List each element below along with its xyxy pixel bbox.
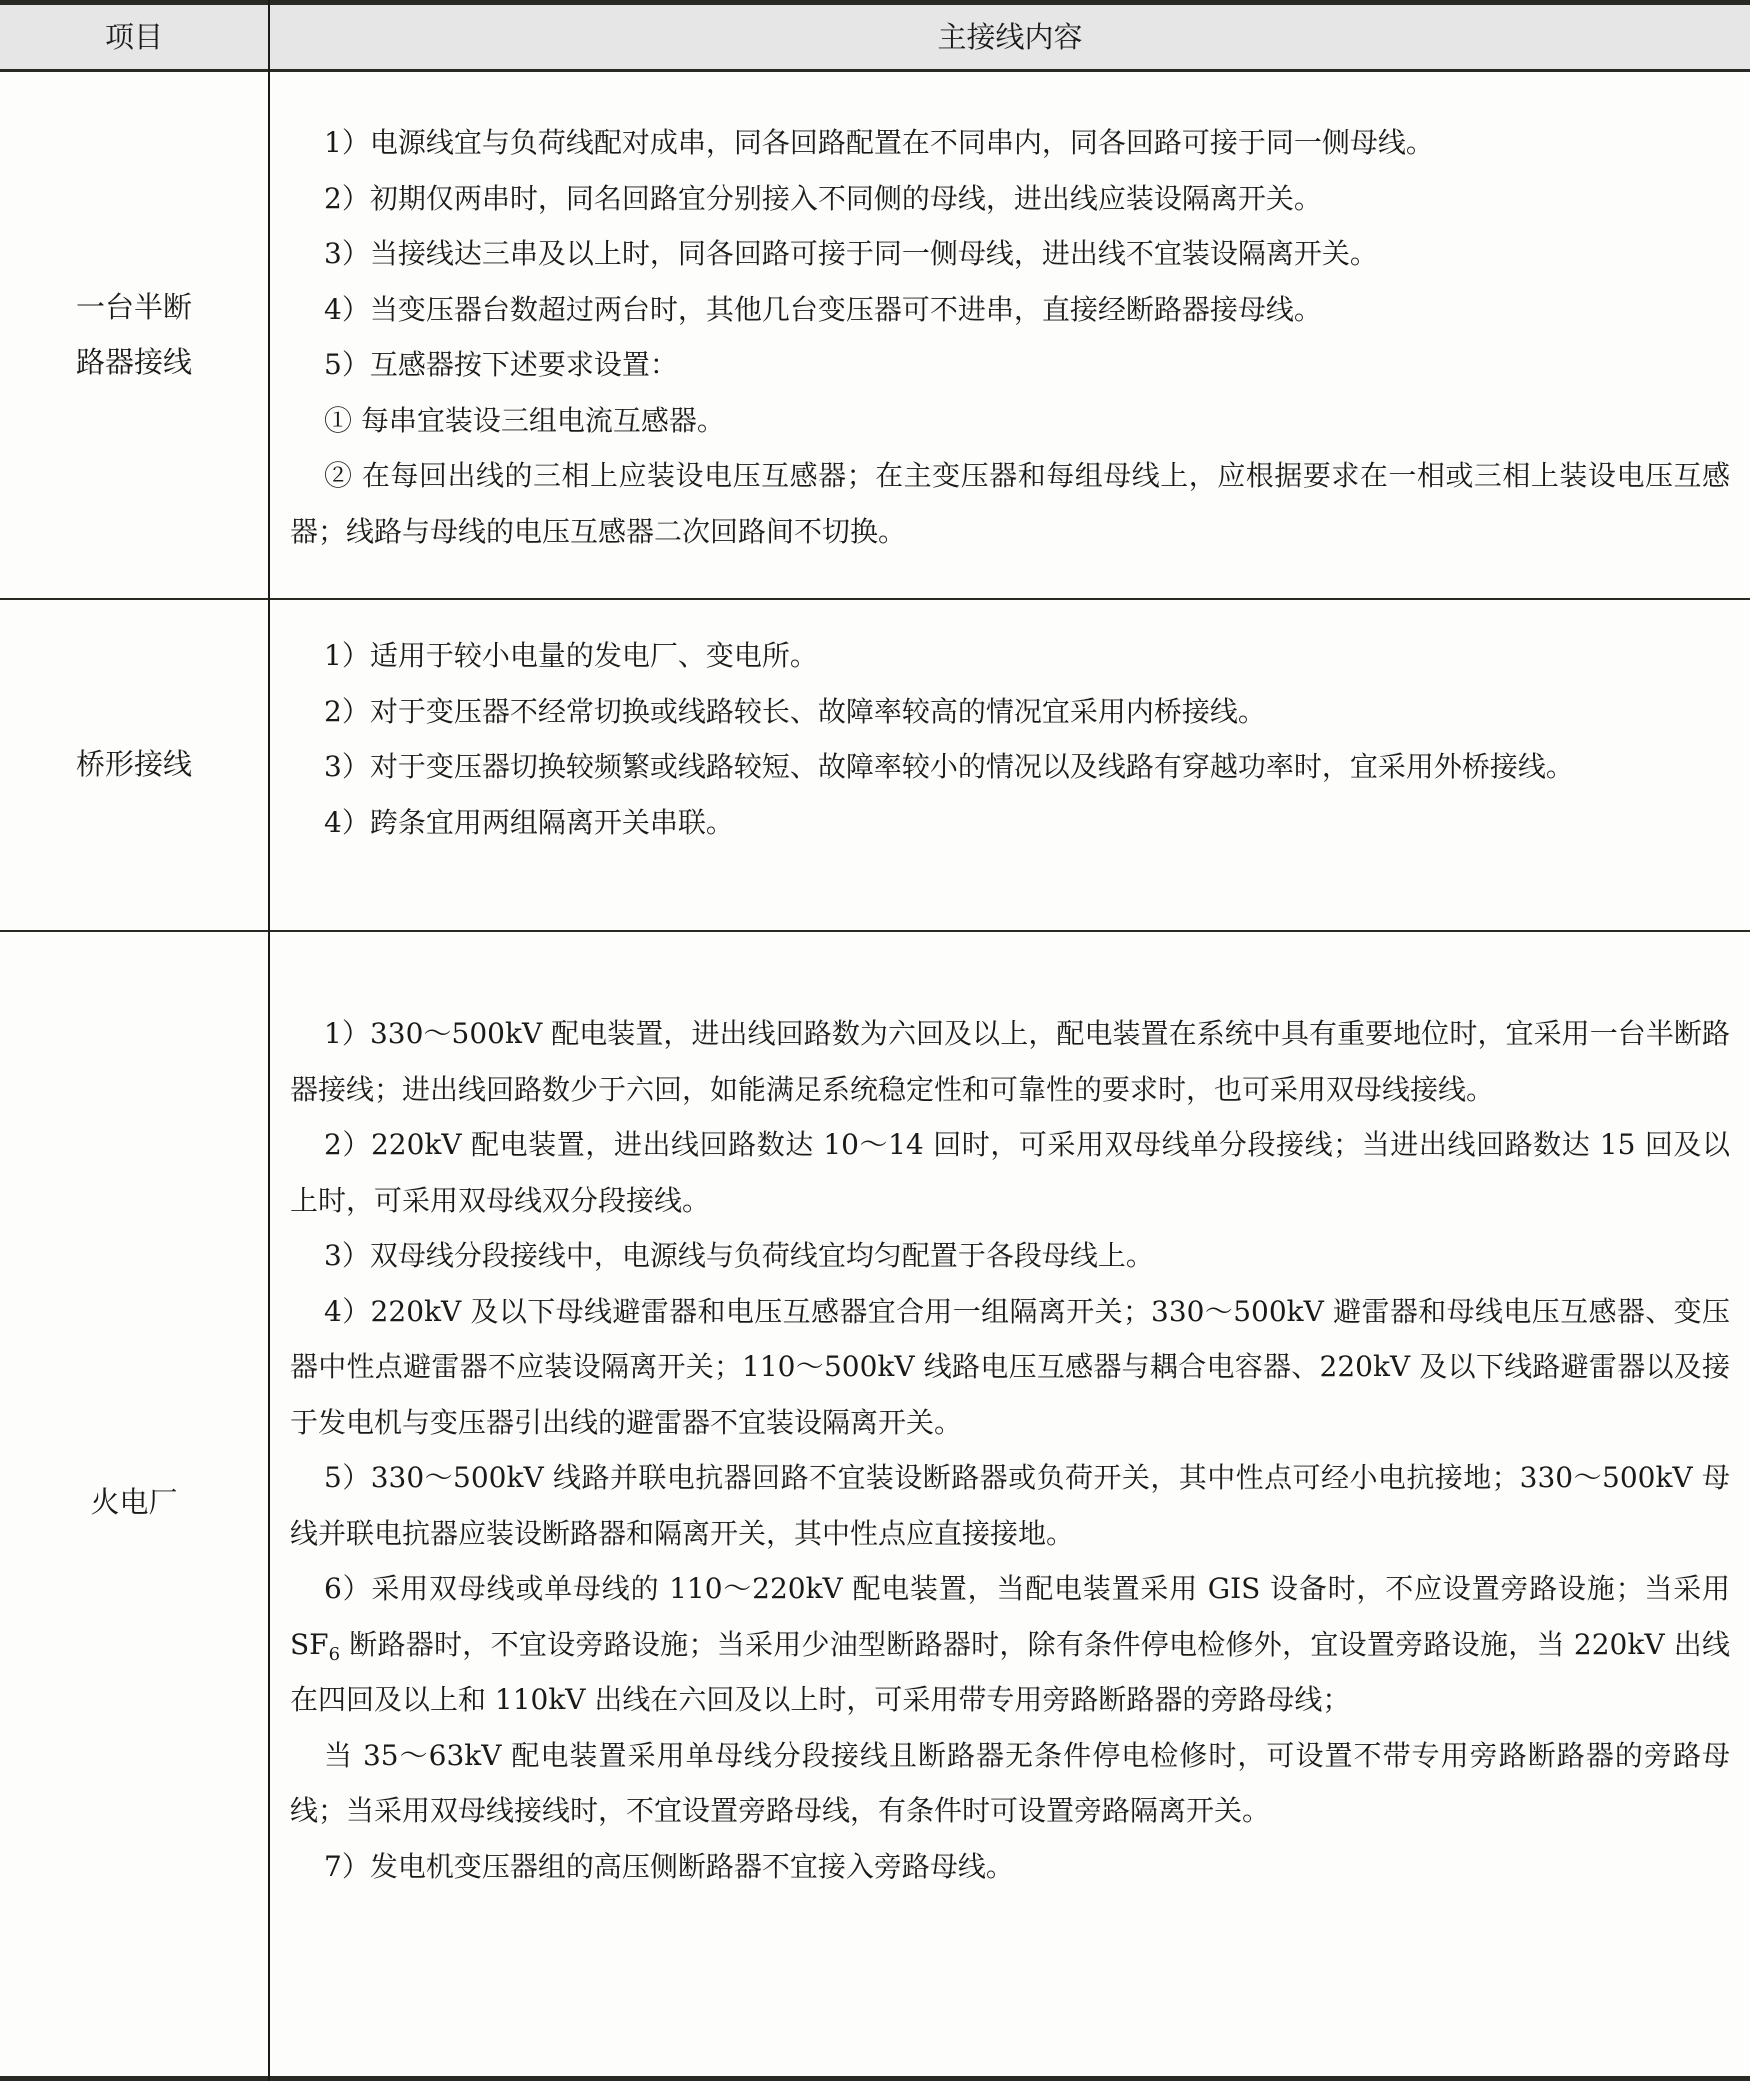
list-item: 3）双母线分段接线中，电源线与负荷线宜均匀配置于各段母线上。 bbox=[290, 1228, 1730, 1284]
row-label-one-and-half-breaker: 一台半断 路器接线 bbox=[0, 280, 268, 390]
row-content-bridge: 1）适用于较小电量的发电厂、变电所。 2）对于变压器不经常切换或线路较长、故障率… bbox=[290, 628, 1730, 850]
list-item: 5）330～500kV 线路并联电抗器回路不宜装设断路器或负荷开关，其中性点可经… bbox=[290, 1450, 1730, 1561]
list-item: 4）跨条宜用两组隔离开关串联。 bbox=[290, 795, 1730, 851]
bottom-rule bbox=[0, 2076, 1750, 2081]
header-content: 主接线内容 bbox=[270, 5, 1750, 69]
list-item: 2）220kV 配电装置，进出线回路数达 10～14 回时，可采用双母线单分段接… bbox=[290, 1117, 1730, 1228]
list-item: 6）采用双母线或单母线的 110～220kV 配电装置，当配电装置采用 GIS … bbox=[290, 1561, 1730, 1728]
list-item: 5）互感器按下述要求设置： bbox=[290, 337, 1730, 393]
list-item: 3）对于变压器切换较频繁或线路较短、故障率较小的情况以及线路有穿越功率时，宜采用… bbox=[290, 739, 1730, 795]
list-item: 2）对于变压器不经常切换或线路较长、故障率较高的情况宜采用内桥接线。 bbox=[290, 684, 1730, 740]
list-item: ① 每串宜装设三组电流互感器。 bbox=[290, 393, 1730, 449]
list-item: 1）电源线宜与负荷线配对成串，同各回路配置在不同串内，同各回路可接于同一侧母线。 bbox=[290, 115, 1730, 171]
list-item: 2）初期仅两串时，同名回路宜分别接入不同侧的母线，进出线应装设隔离开关。 bbox=[290, 171, 1730, 227]
list-item: 4）220kV 及以下母线避雷器和电压互感器宜合用一组隔离开关；330～500k… bbox=[290, 1284, 1730, 1451]
list-item: 当 35～63kV 配电装置采用单母线分段接线且断路器无条件停电检修时，可设置不… bbox=[290, 1728, 1730, 1839]
list-item: 7）发电机变压器组的高压侧断路器不宜接入旁路母线。 bbox=[290, 1839, 1730, 1895]
row-divider bbox=[0, 930, 1750, 932]
header-rule bbox=[0, 69, 1750, 72]
row-label-bridge: 桥形接线 bbox=[0, 737, 268, 792]
row-divider bbox=[0, 598, 1750, 600]
header-item: 项目 bbox=[0, 5, 268, 69]
row-label-thermal-plant: 火电厂 bbox=[0, 1475, 268, 1530]
row-content-one-and-half-breaker: 1）电源线宜与负荷线配对成串，同各回路配置在不同串内，同各回路可接于同一侧母线。… bbox=[290, 115, 1730, 559]
list-item: 4）当变压器台数超过两台时，其他几台变压器可不进串，直接经断路器接母线。 bbox=[290, 282, 1730, 338]
list-item: 1）适用于较小电量的发电厂、变电所。 bbox=[290, 628, 1730, 684]
list-item: 1）330～500kV 配电装置，进出线回路数为六回及以上，配电装置在系统中具有… bbox=[290, 1006, 1730, 1117]
list-item: 3）当接线达三串及以上时，同各回路可接于同一侧母线，进出线不宜装设隔离开关。 bbox=[290, 226, 1730, 282]
column-divider bbox=[268, 0, 270, 2081]
list-item: ② 在每回出线的三相上应装设电压互感器；在主变压器和每组母线上，应根据要求在一相… bbox=[290, 448, 1730, 559]
row-content-thermal-plant: 1）330～500kV 配电装置，进出线回路数为六回及以上，配电装置在系统中具有… bbox=[290, 1006, 1730, 1894]
